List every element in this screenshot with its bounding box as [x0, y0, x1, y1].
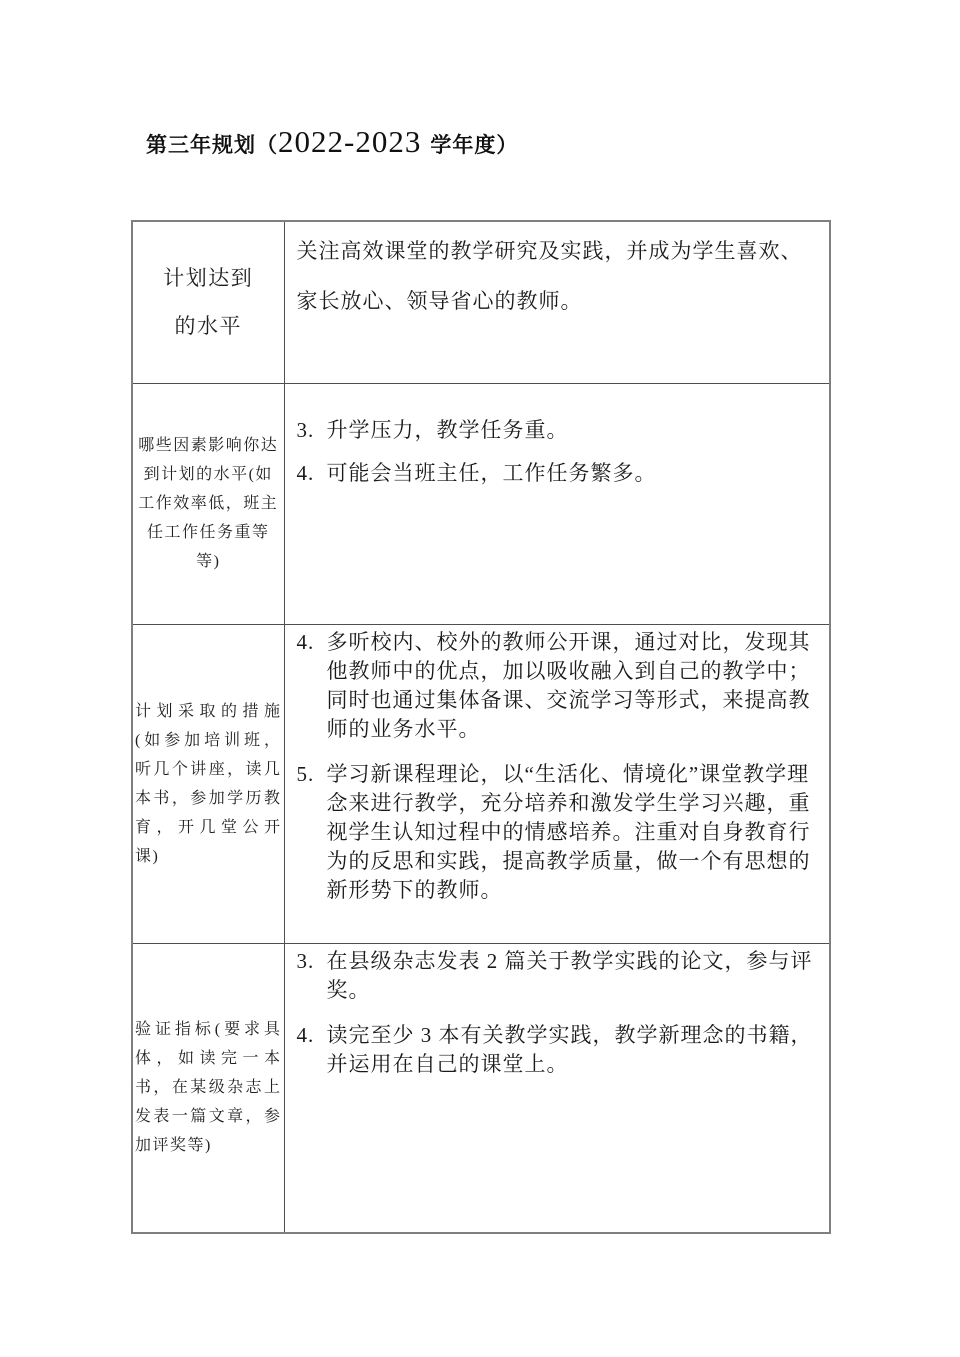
- list-item-text: 多听校内、校外的教师公开课，通过对比，发现其他教师中的优点，加以吸收融入到自己的…: [327, 628, 822, 744]
- row-content-cell: 关注高效课堂的教学研究及实践，并成为学生喜欢、家长放心、领导省心的教师。: [284, 221, 830, 383]
- row-content-cell: 3. 在县级杂志发表 2 篇关于教学实践的论文，参与评奖。 4. 读完至少 3 …: [284, 943, 830, 1233]
- list-item: 3. 升学压力，教学任务重。: [297, 416, 822, 445]
- table-row-target-level: 计划达到 的水平 关注高效课堂的教学研究及实践，并成为学生喜欢、家长放心、领导省…: [132, 221, 830, 383]
- title-text: 第三年规划: [146, 134, 256, 157]
- lead-paragraph: 关注高效课堂的教学研究及实践，并成为学生喜欢、家长放心、领导省心的教师。: [297, 226, 822, 326]
- row-header-cell: 计划采取的措施(如参加培训班，听几个讲座，读几本书，参加学历教育，开几堂公开课): [132, 624, 284, 943]
- title-close-paren: ）: [496, 134, 518, 157]
- list-item-number: 4.: [297, 1021, 327, 1050]
- title-open-paren: （: [256, 134, 278, 157]
- table-row-verification-indicators: 验证指标(要求具体，如读完一本书，在某级杂志上发表一篇文章，参加评奖等) 3. …: [132, 943, 830, 1233]
- list-item-number: 4.: [297, 628, 327, 657]
- list-item: 4. 可能会当班主任，工作任务繁多。: [297, 459, 822, 488]
- list-item-number: 3.: [297, 947, 327, 976]
- table-row-planned-measures: 计划采取的措施(如参加培训班，听几个讲座，读几本书，参加学历教育，开几堂公开课)…: [132, 624, 830, 943]
- list-item-text: 在县级杂志发表 2 篇关于教学实践的论文，参与评奖。: [327, 947, 822, 1005]
- plan-table: 计划达到 的水平 关注高效课堂的教学研究及实践，并成为学生喜欢、家长放心、领导省…: [131, 220, 831, 1234]
- list-item: 4. 读完至少 3 本有关教学实践，教学新理念的书籍，并运用在自己的课堂上。: [297, 1021, 822, 1079]
- list-item-text: 升学压力，教学任务重。: [327, 416, 822, 445]
- row-header-cell: 计划达到 的水平: [132, 221, 284, 383]
- list-item-number: 3.: [297, 416, 327, 445]
- page-title: 第三年规划（2022-2023学年度）: [146, 121, 518, 166]
- list-item: 5. 学习新课程理论，以“生活化、情境化”课堂教学理念来进行教学，充分培养和激发…: [297, 760, 822, 905]
- row-content-cell: 3. 升学压力，教学任务重。 4. 可能会当班主任，工作任务繁多。: [284, 383, 830, 624]
- list-item-text: 学习新课程理论，以“生活化、情境化”课堂教学理念来进行教学，充分培养和激发学生学…: [327, 760, 822, 905]
- title-suffix: 学年度: [430, 134, 496, 157]
- row-header-cell: 验证指标(要求具体，如读完一本书，在某级杂志上发表一篇文章，参加评奖等): [132, 943, 284, 1233]
- list-item-text: 可能会当班主任，工作任务繁多。: [327, 459, 822, 488]
- row-content-cell: 4. 多听校内、校外的教师公开课，通过对比，发现其他教师中的优点，加以吸收融入到…: [284, 624, 830, 943]
- list-item-number: 4.: [297, 459, 327, 488]
- row-header-line: 的水平: [135, 302, 282, 350]
- row-header-line: 计划达到: [135, 254, 282, 302]
- title-school-year: 2022-2023: [278, 124, 421, 159]
- table-row-influencing-factors: 哪些因素影响你达到计划的水平(如工作效率低，班主任工作任务重等等) 3. 升学压…: [132, 383, 830, 624]
- row-header-cell: 哪些因素影响你达到计划的水平(如工作效率低，班主任工作任务重等等): [132, 383, 284, 624]
- list-item: 4. 多听校内、校外的教师公开课，通过对比，发现其他教师中的优点，加以吸收融入到…: [297, 628, 822, 744]
- list-item-number: 5.: [297, 760, 327, 789]
- list-item: 3. 在县级杂志发表 2 篇关于教学实践的论文，参与评奖。: [297, 947, 822, 1005]
- list-item-text: 读完至少 3 本有关教学实践，教学新理念的书籍，并运用在自己的课堂上。: [327, 1021, 822, 1079]
